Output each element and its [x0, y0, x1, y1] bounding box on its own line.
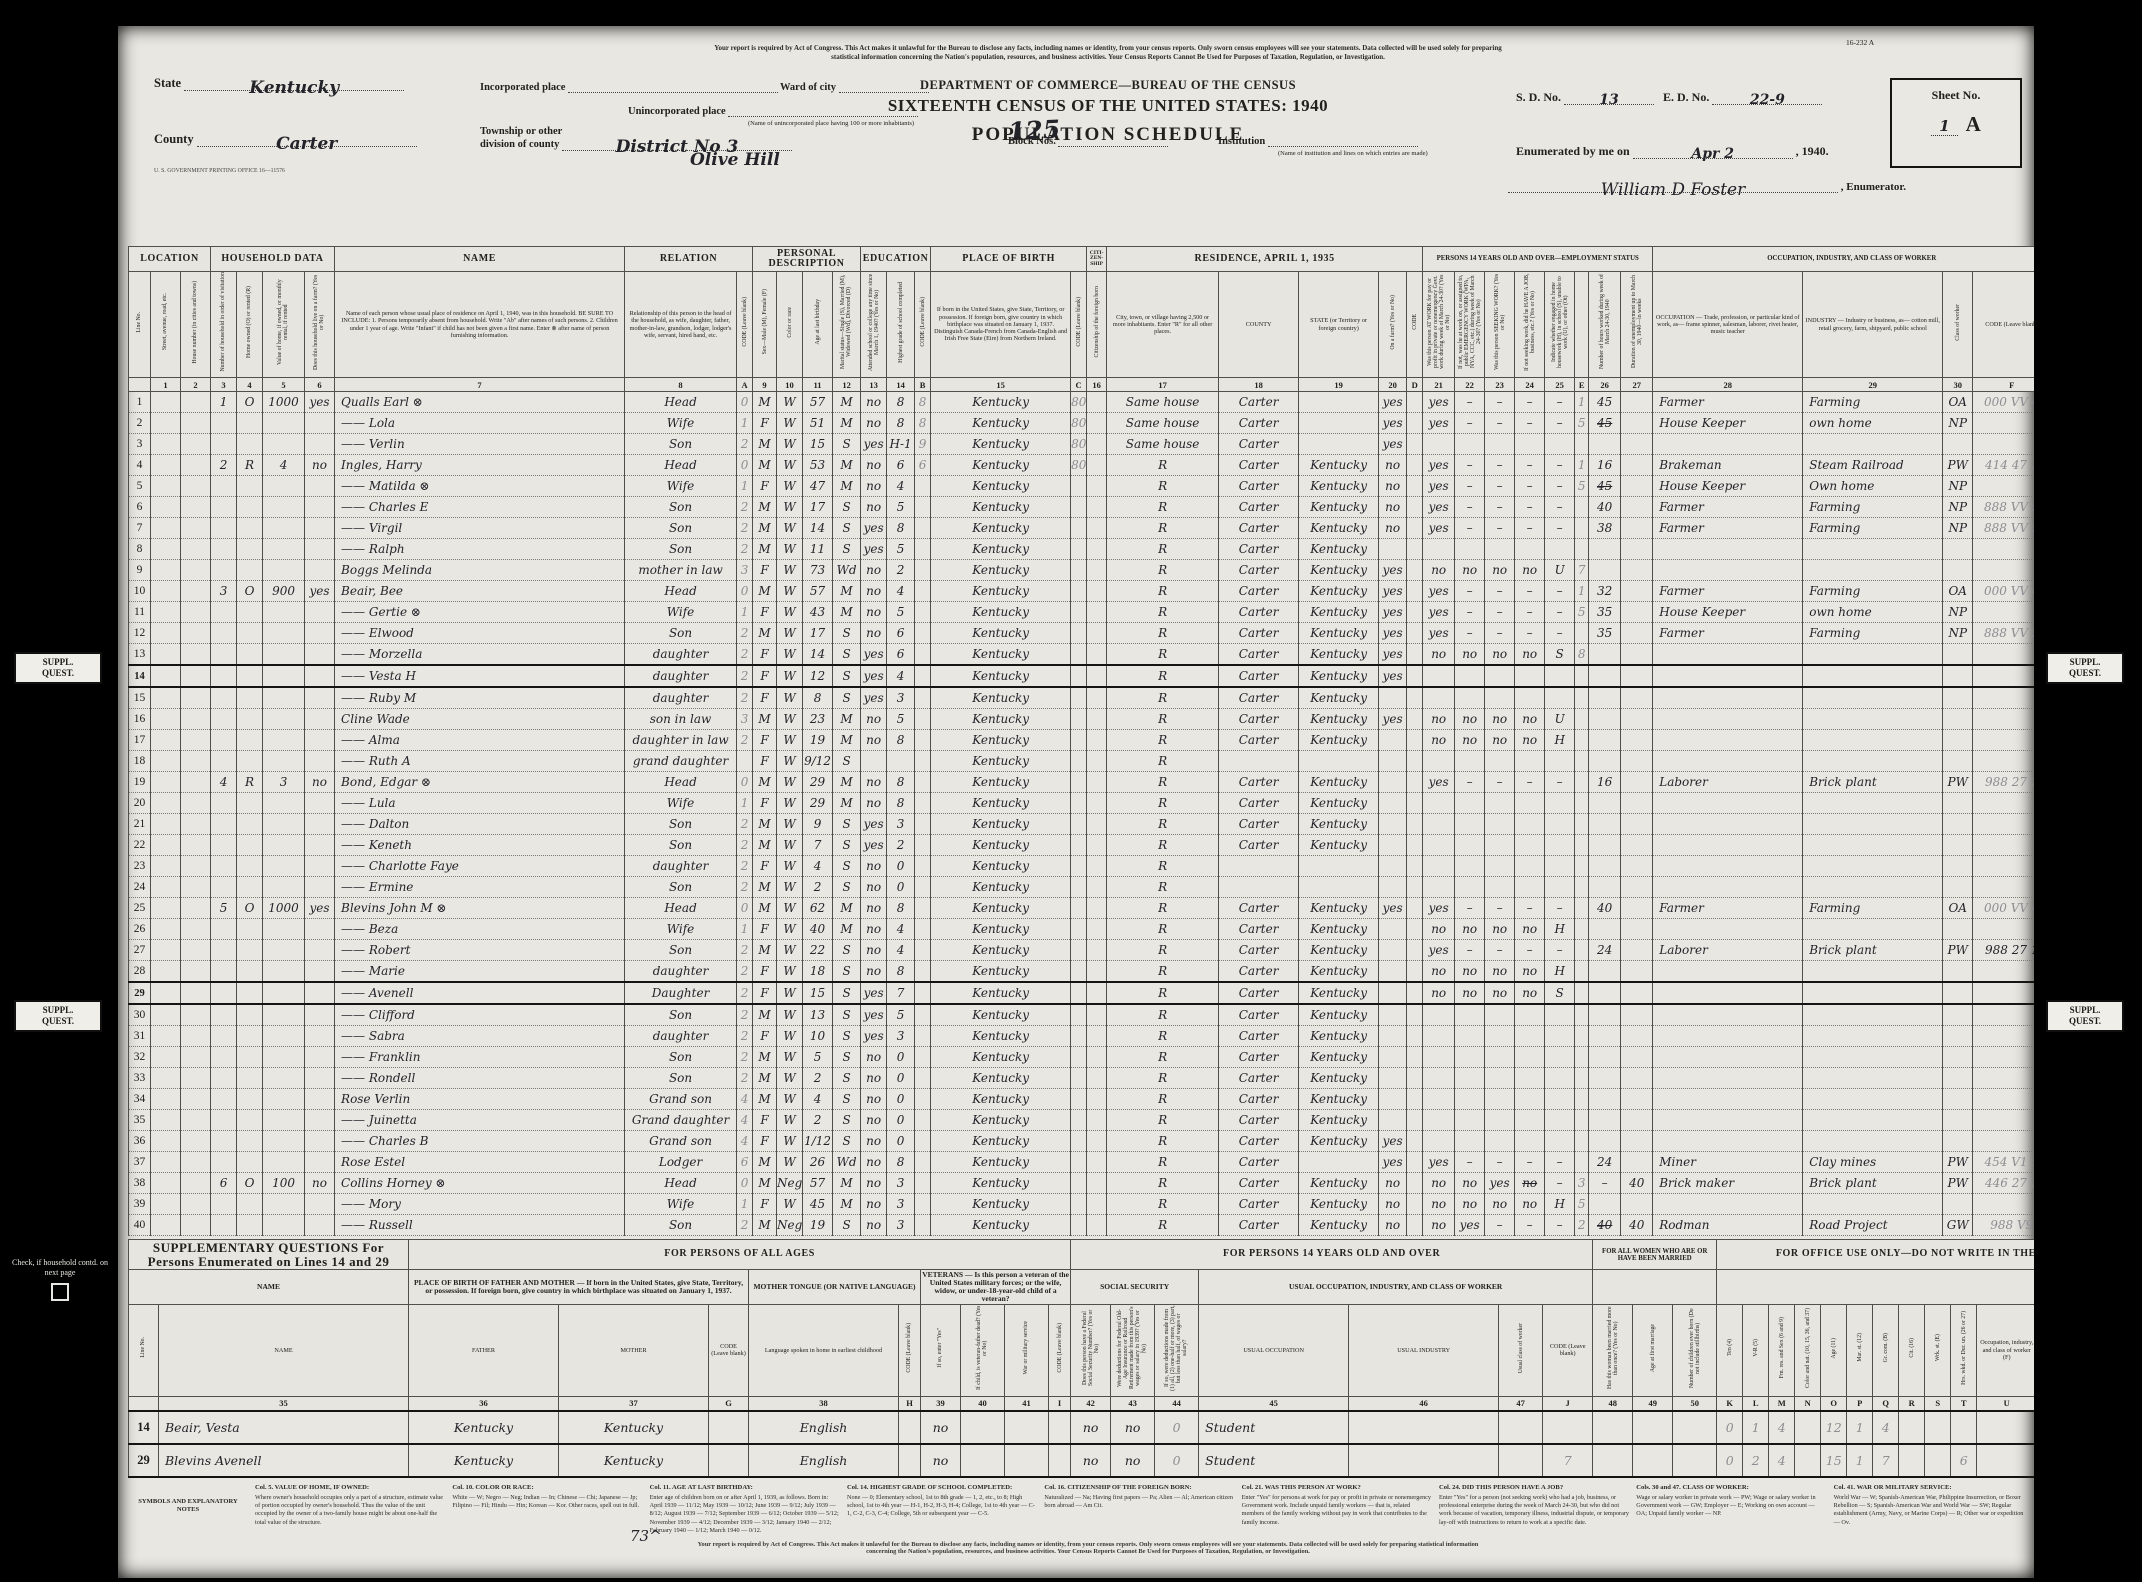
cell [1407, 877, 1423, 898]
cell [211, 497, 237, 518]
column-group-header: USUAL OCCUPATION, INDUSTRY, AND CLASS OF… [1199, 1270, 1593, 1305]
explanatory-note: Col. 11. AGE AT LAST BIRTHDAY:Enter age … [650, 1484, 840, 1535]
cell [1589, 961, 1621, 983]
cell: 888 VV 5 [1973, 623, 2034, 644]
table-row: 6—— Charles ESon2MW17Sno5KentuckyRCarter… [129, 497, 2035, 518]
cell: 45 [1589, 476, 1621, 497]
cell [305, 665, 335, 687]
cell [1071, 1004, 1087, 1026]
cell [1575, 1089, 1589, 1110]
cell [1899, 1411, 1925, 1444]
cell [1379, 1047, 1407, 1068]
ward-value[interactable] [839, 80, 929, 93]
cell: O [237, 581, 263, 602]
cell: Son [625, 940, 737, 961]
cell [305, 1026, 335, 1047]
cell: 988 27 1 [1973, 772, 2034, 793]
cell: R [1107, 919, 1219, 940]
cell [237, 560, 263, 581]
cell: 8 [887, 518, 915, 539]
cell: no [861, 793, 887, 814]
column-number: 12 [833, 378, 861, 392]
cell [1087, 455, 1107, 476]
cell: 1 [737, 1194, 753, 1215]
column-header: MOTHER [559, 1304, 709, 1396]
cell: 15 [1821, 1444, 1847, 1477]
column-header: Occupation, industry, and class of worke… [1977, 1304, 2034, 1396]
cell [1087, 856, 1107, 877]
cell: 2 [737, 687, 753, 709]
institution-value[interactable] [1268, 134, 1418, 147]
cell [1087, 623, 1107, 644]
cell: yes [1379, 898, 1407, 919]
sheet-number-box: Sheet No. 1A [1890, 78, 2022, 168]
cell: Kentucky [1299, 1194, 1379, 1215]
incorporated-place-field: Incorporated place [480, 80, 778, 93]
cell: no [1379, 1194, 1407, 1215]
cell: —— Virgil [335, 518, 625, 539]
column-header: Hrs. wkd. or Dur. un. (26 or 27) [1951, 1304, 1977, 1396]
cell: 3 [737, 560, 753, 581]
cell: no [1423, 709, 1455, 730]
sheet-number-value[interactable]: 1 [1931, 117, 1957, 136]
cell: 24 [129, 877, 151, 898]
cell [181, 1089, 211, 1110]
cell [1407, 602, 1423, 623]
column-header: Citizenship of the foreign born [1087, 272, 1107, 378]
cell [1589, 1068, 1621, 1089]
cell: – [1589, 1173, 1621, 1194]
cell: Cline Wade [335, 709, 625, 730]
cell: – [1515, 602, 1545, 623]
table-row: 7—— VirgilSon2MW14Syes8KentuckyRCarterKe… [129, 518, 2035, 539]
column-number: U [1977, 1396, 2034, 1411]
cell [1407, 709, 1423, 730]
cell [1973, 413, 2034, 434]
table-row: 29—— AvenellDaughter2FW15Syes7KentuckyRC… [129, 982, 2035, 1004]
cell [1653, 730, 1803, 751]
cell: – [1485, 623, 1515, 644]
cell [181, 1110, 211, 1131]
explanatory-note: Col. 21. WAS THIS PERSON AT WORK?Enter "… [1242, 1484, 1432, 1535]
explanatory-note: Col. 14. HIGHEST GRADE OF SCHOOL COMPLET… [847, 1484, 1037, 1535]
cell: 8 [887, 730, 915, 751]
column-group-header: FOR PERSONS 14 YEARS OLD AND OVER [1071, 1240, 1593, 1270]
table-row: 36—— Charles BGrand son4FW1/12Sno0Kentuc… [129, 1131, 2035, 1152]
cell: Kentucky [931, 602, 1071, 623]
cell: 3 [737, 709, 753, 730]
cell: Laborer [1653, 772, 1803, 793]
column-number: 10 [777, 378, 803, 392]
cell: Kentucky [1299, 709, 1379, 730]
table-row: 37Rose EstelLodger6MW26Wdno8KentuckyRCar… [129, 1152, 2035, 1173]
ed-value[interactable]: 22-9 [1712, 92, 1822, 105]
cell [1973, 1194, 2034, 1215]
cell [181, 539, 211, 560]
cell: R [1107, 730, 1219, 751]
explanatory-note: Col. 16. CITIZENSHIP OF THE FOREIGN BORN… [1044, 1484, 1234, 1535]
cell [1049, 1411, 1071, 1444]
cell [1973, 1131, 2034, 1152]
column-header: Color and nat. (10, 15, 36, and 37) [1795, 1304, 1821, 1396]
cell: 2 [737, 1047, 753, 1068]
cell [1071, 1047, 1087, 1068]
cell: S [833, 687, 861, 709]
cell: 17 [129, 730, 151, 751]
cell: W [777, 919, 803, 940]
cell: W [777, 940, 803, 961]
cell: S [833, 434, 861, 455]
cell [1515, 856, 1545, 877]
cell: Kentucky [1299, 1110, 1379, 1131]
cell: Carter [1219, 814, 1299, 835]
column-header: Ten (4) [1717, 1304, 1743, 1396]
cell [1973, 665, 2034, 687]
cell [181, 518, 211, 539]
cell [211, 982, 237, 1004]
cell [211, 1194, 237, 1215]
cell [237, 793, 263, 814]
cell: yes [1379, 602, 1407, 623]
cell: no [861, 709, 887, 730]
cell: 9 [803, 814, 833, 835]
cell [1455, 1131, 1485, 1152]
cell [263, 497, 305, 518]
cell [1575, 940, 1589, 961]
cell: 45 [1589, 413, 1621, 434]
cell [1455, 877, 1485, 898]
cell: 40 [129, 1215, 151, 1236]
cell [1621, 1047, 1653, 1068]
cell: – [1515, 476, 1545, 497]
cell [1653, 687, 1803, 709]
cell: 0 [887, 877, 915, 898]
cell [1653, 1131, 1803, 1152]
cell [1407, 1026, 1423, 1047]
cell: OA [1943, 392, 1973, 413]
cell [915, 1152, 931, 1173]
cell [1407, 940, 1423, 961]
cell: daughter [625, 1026, 737, 1047]
cell: M [753, 1047, 777, 1068]
enumerator-signature-row: William D Foster , Enumerator. [1508, 180, 1906, 193]
cell: S [833, 518, 861, 539]
cell: Son [625, 1004, 737, 1026]
cell: 2 [737, 623, 753, 644]
cell [1071, 793, 1087, 814]
county-value[interactable]: Carter [197, 134, 417, 147]
column-header: Name of each person whose usual place of… [335, 272, 625, 378]
cell [1407, 1215, 1423, 1236]
cell [1515, 1068, 1545, 1089]
cell: Wife [625, 476, 737, 497]
column-header: House number (in cities and towns) [181, 272, 211, 378]
cell: Same house [1107, 413, 1219, 434]
cell: M [833, 392, 861, 413]
cell: R [1107, 476, 1219, 497]
cell: F [753, 413, 777, 434]
column-header: CODE (Leave blank) [1049, 1304, 1071, 1396]
column-group-header: FOR PERSONS OF ALL AGES [409, 1240, 1071, 1270]
enumeration-date[interactable]: Apr 2 [1633, 146, 1793, 159]
cell [237, 877, 263, 898]
cell [1071, 751, 1087, 772]
cell [237, 1152, 263, 1173]
cell: —— Juinetta [335, 1110, 625, 1131]
cell: own home [1803, 413, 1943, 434]
column-header: Color or race [777, 272, 803, 378]
cell: R [1107, 814, 1219, 835]
column-number: G [709, 1396, 749, 1411]
cell: no [1515, 919, 1545, 940]
unincorporated-place-value[interactable] [728, 104, 918, 117]
cell [1589, 877, 1621, 898]
cell: M [753, 392, 777, 413]
cell [915, 772, 931, 793]
footer-penalty-line-1: Your report is required by Act of Congre… [698, 1541, 1303, 1548]
cell: 19 [803, 730, 833, 751]
cell: 2 [737, 434, 753, 455]
cell [211, 665, 237, 687]
cell [1071, 814, 1087, 835]
cell: —— Lola [335, 413, 625, 434]
cell [1379, 1004, 1407, 1026]
cell: Carter [1219, 1026, 1299, 1047]
cell: R [1107, 1004, 1219, 1026]
cell: 000 VV 4 [1973, 581, 2034, 602]
enumerated-label: Enumerated by me on [1516, 144, 1630, 158]
cell [915, 687, 931, 709]
cell [263, 730, 305, 751]
cell [1087, 644, 1107, 666]
cell [1803, 751, 1943, 772]
cell: 2 [737, 940, 753, 961]
cell [263, 687, 305, 709]
cell: no [1423, 982, 1455, 1004]
cell: W [777, 856, 803, 877]
table-row: 15—— Ruby Mdaughter2FW8Syes3KentuckyRCar… [129, 687, 2035, 709]
cell [151, 1026, 181, 1047]
cell: W [777, 1152, 803, 1173]
cell: Neg [777, 1173, 803, 1194]
cell [1455, 835, 1485, 856]
cell: Kentucky [931, 1089, 1071, 1110]
cell [1071, 687, 1087, 709]
cell: 2 [887, 835, 915, 856]
cell [1515, 1110, 1545, 1131]
cell: O [237, 1173, 263, 1194]
cell: Kentucky [931, 1152, 1071, 1173]
cell [181, 623, 211, 644]
cell [1943, 644, 1973, 666]
table-row: 39—— MoryWife1FW45Mno3KentuckyRCarterKen… [129, 1194, 2035, 1215]
cell [1621, 982, 1653, 1004]
cell [181, 581, 211, 602]
table-row: 9Boggs Melindamother in law3FW73Wdno2Ken… [129, 560, 2035, 581]
cell [1653, 1089, 1803, 1110]
cell: R [1107, 709, 1219, 730]
cell [1485, 687, 1515, 709]
cell: 1 [737, 476, 753, 497]
sd-value[interactable]: 13 [1564, 92, 1654, 105]
cell: Carter [1219, 1068, 1299, 1089]
cell [151, 539, 181, 560]
cell [1653, 835, 1803, 856]
household-continued-checkbox[interactable] [51, 1283, 69, 1301]
cell: —— Charlotte Faye [335, 856, 625, 877]
cell [1545, 856, 1575, 877]
cell [709, 1444, 749, 1477]
cell: Kentucky [931, 623, 1071, 644]
cell: Carter [1219, 1215, 1299, 1236]
cell [1087, 772, 1107, 793]
cell: – [1515, 518, 1545, 539]
cell [181, 940, 211, 961]
cell: 1 [1847, 1411, 1873, 1444]
cell [1621, 1194, 1653, 1215]
cell [1071, 665, 1087, 687]
cell: O [237, 392, 263, 413]
cell: no [1455, 919, 1485, 940]
cell: R [1107, 1089, 1219, 1110]
cell: 11 [803, 539, 833, 560]
column-number: 30 [1943, 378, 1973, 392]
cell: 0 [887, 1131, 915, 1152]
cell [915, 730, 931, 751]
cell [1087, 1026, 1107, 1047]
cell [1071, 1131, 1087, 1152]
cell [211, 644, 237, 666]
cell [1899, 1444, 1925, 1477]
cell: 2 [737, 1026, 753, 1047]
table-row: 22—— KenethSon2MW7Syes2KentuckyRCarterKe… [129, 835, 2035, 856]
suppl-quest-tab-left-14: SUPPL. QUEST. [14, 652, 102, 684]
cell: 0 [887, 1068, 915, 1089]
cell [1407, 560, 1423, 581]
cell: M [753, 1068, 777, 1089]
cell: S [833, 539, 861, 560]
cell: Blevins Avenell [159, 1444, 409, 1477]
cell: F [753, 961, 777, 983]
column-header: CODE (Leave blank) [737, 272, 753, 378]
cell [1379, 877, 1407, 898]
cell [1943, 793, 1973, 814]
cell: S [833, 961, 861, 983]
cell [305, 518, 335, 539]
block-value[interactable] [1058, 134, 1168, 147]
incorporated-place-value[interactable] [568, 80, 778, 93]
column-number: 1 [151, 378, 181, 392]
cell [1455, 856, 1485, 877]
cell [1515, 751, 1545, 772]
cell: 4 [737, 1110, 753, 1131]
cell: Laborer [1653, 940, 1803, 961]
cell [211, 814, 237, 835]
cell: 40 [1621, 1173, 1653, 1194]
cell: Carter [1219, 1131, 1299, 1152]
cell: M [753, 835, 777, 856]
column-header: Indicate whether engaged in home housewo… [1545, 272, 1575, 378]
sheet-letter: A [1966, 112, 1981, 136]
cell: – [1515, 392, 1545, 413]
cell [1633, 1444, 1673, 1477]
cell: —— Ruth A [335, 751, 625, 772]
table-row: 34Rose VerlinGrand son4MW4Sno0KentuckyRC… [129, 1089, 2035, 1110]
cell: Kentucky [931, 560, 1071, 581]
cell: R [1107, 1152, 1219, 1173]
cell [263, 1047, 305, 1068]
state-value[interactable]: Kentucky [184, 78, 404, 91]
enumerator-signature[interactable]: William D Foster [1508, 180, 1838, 193]
cell [1943, 1110, 1973, 1131]
cell [1071, 1194, 1087, 1215]
cell [1973, 687, 2034, 709]
cell: 988 27 1 [1973, 940, 2034, 961]
cell [1575, 919, 1589, 940]
cell [181, 455, 211, 476]
cell [1673, 1411, 1717, 1444]
cell: Kentucky [931, 413, 1071, 434]
column-group-header: VETERANS — Is this person a veteran of t… [921, 1270, 1071, 1305]
cell [151, 1215, 181, 1236]
cell [1407, 961, 1423, 983]
cell: 2 [737, 961, 753, 983]
cell [1621, 856, 1653, 877]
column-header: CODE (Leave blank) [1973, 272, 2034, 378]
cell [1973, 814, 2034, 835]
cell [1407, 687, 1423, 709]
cell: 9 [915, 434, 931, 455]
cell: O [237, 898, 263, 919]
cell [1621, 623, 1653, 644]
cell [181, 1152, 211, 1173]
cell [1973, 1110, 2034, 1131]
cell [1589, 434, 1621, 455]
cell [1925, 1444, 1951, 1477]
cell [1575, 1131, 1589, 1152]
cell: W [777, 1047, 803, 1068]
cell [1621, 730, 1653, 751]
cell [305, 856, 335, 877]
cell [305, 644, 335, 666]
sd-label: S. D. No. [1516, 90, 1561, 104]
cell: Kentucky [931, 687, 1071, 709]
column-header: CODE (Leave blank) [899, 1304, 921, 1396]
cell: M [753, 518, 777, 539]
column-number: 13 [861, 378, 887, 392]
cell [1575, 751, 1589, 772]
cell [1407, 413, 1423, 434]
cell [1515, 877, 1545, 898]
cell: M [833, 602, 861, 623]
cell: Carter [1219, 940, 1299, 961]
cell [1973, 709, 2034, 730]
column-number: 49 [1633, 1396, 1673, 1411]
cell [1973, 476, 2034, 497]
cell [263, 476, 305, 497]
cell [915, 709, 931, 730]
cell: —— Elwood [335, 623, 625, 644]
cell: Student [1199, 1411, 1349, 1444]
cell: 73 [803, 560, 833, 581]
cell [211, 476, 237, 497]
cell [151, 1110, 181, 1131]
cell: 2 [1575, 1215, 1589, 1236]
cell: 988 V9 [1973, 1215, 2034, 1236]
cell [1087, 413, 1107, 434]
cell [1545, 1131, 1575, 1152]
cell [1379, 772, 1407, 793]
